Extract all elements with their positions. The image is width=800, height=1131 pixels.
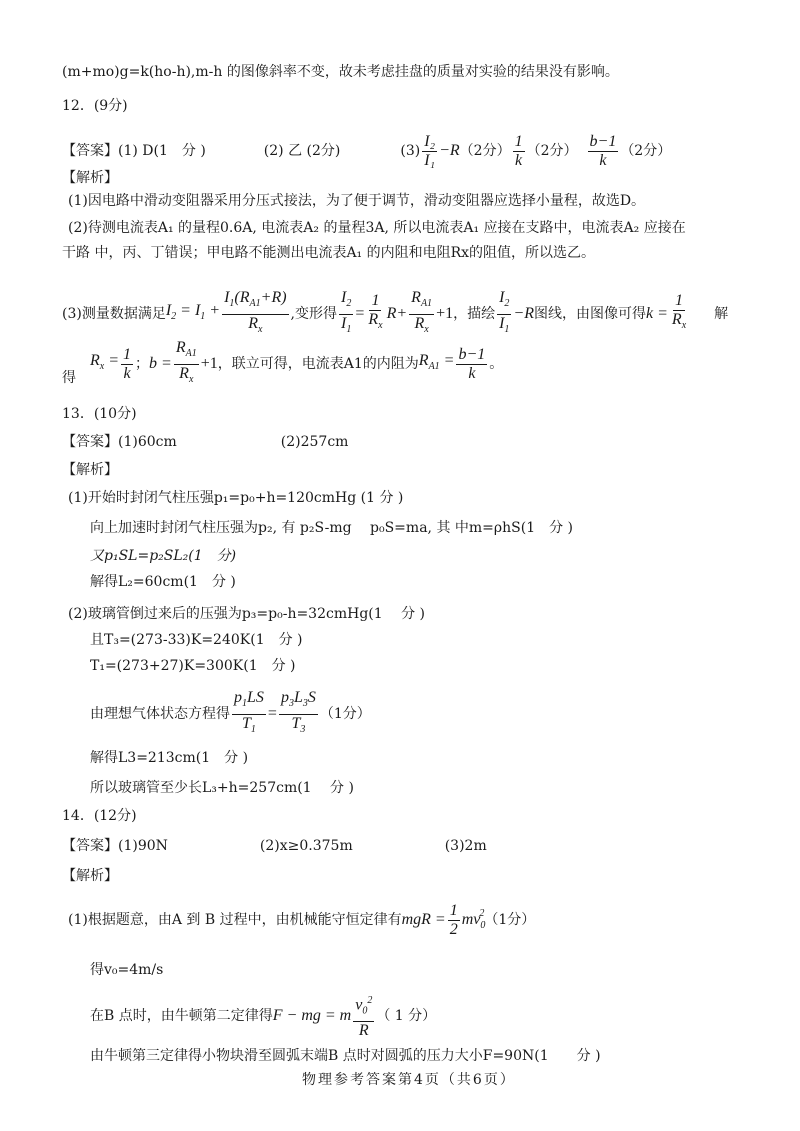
q12-analysis-label: 【解析】 [62,168,118,188]
q12-analysis-2a: (2)待测电流表A₁ 的量程0.6A, 电流表A₂ 的量程3A, 所以电流表A₁… [68,218,686,238]
q14-v0-line: 得v₀=4m/s [90,960,163,980]
q12-answer-3a-fraction: I₂ I₁ [422,133,437,170]
q14-newton2: 在B 点时，由牛顿第二定律得 F − mg = m v02R （ 1 分） [90,990,436,1042]
q13-line-3: 解得L₂=60cm(1 分 ) [90,572,236,592]
q14-heading: 14．(12分) [62,806,137,826]
q13-line-6: T₁=(273+27)K=300K(1 分 ) [90,656,296,676]
q12-answer-2: (2) 乙 (2分) [264,141,341,161]
q14-newton3: 由牛顿第三定律得小物块滑至圆弧末端B 点时对圆弧的压力大小F=90N(1 分 ) [90,1046,601,1066]
q12-answer-row: 【答案】 (1) D(1 分 ) (2) 乙 (2分) (3) I₂ I₁ −R… [62,128,671,174]
q12-analysis-1: (1)因电路中滑动变阻器采用分压式接法，为了便于调节，滑动变阻器应选择小量程，故… [68,191,645,211]
q12-answer-label: 【答案】 [62,141,118,161]
q12-analysis-3b: 得 Rx = 1k ； b = RA1Rx +1 ，联立可得，电流表A1的内阻为… [62,340,503,388]
intro-line: (m+mo)g=k(ho-h),m-h 的图像斜率不变，故未考虑挂盘的质量对实验… [62,62,619,82]
q13-line-1: 向上加速时封闭气柱压强为p₂, 有 p₂S-mg p₀S=ma, 其 中m=ρh… [90,518,573,538]
q12-analysis-2b: 干路 中，丙、丁错误；甲电路不能测出电流表A₁ 的内阻和电阻Rx的阻值，所以选乙… [62,243,595,263]
q13-state-equation: 由理想气体状态方程得 p1LST1 = p3L3ST3 （1分） [90,690,371,738]
q14-analysis-1: (1)根据题意，由A 到 B 过程中，由机械能守恒定律有 mgR = 12 mv… [68,896,535,944]
q13-after-1: 所以玻璃管至少长L₃+h=257cm(1 分 ) [90,778,354,798]
formula-fraction: I1(RA1+R)Rx [222,289,288,338]
q14-analysis-label: 【解析】 [62,866,118,886]
q12-answer-3b-fraction: 1 k [513,133,525,170]
q13-line-2: 又p₁SL=p₂SL₂(1 分) [90,546,236,566]
q13-line-5: 且T₃=(273-33)K=240K(1 分 ) [90,630,303,650]
q13-line-4: (2)玻璃管倒过来后的压强为p₃=p₀-h=32cmHg(1 分 ) [68,604,425,624]
q13-line-0: (1)开始时封闭气柱压强p₁=p₀+h=120cmHg (1 分 ) [68,488,403,508]
q12-answer-3c-fraction: b−1 k [588,133,619,170]
q13-after-0: 解得L3=213cm(1 分 ) [90,748,248,768]
q13-heading: 13．(10分) [62,404,137,424]
page-footer: 物理参考答案第4页（共6页） [302,1070,516,1090]
q14-answer-row: 【答案】(1)90N(2)x≥0.375m(3)2m [62,836,487,856]
q13-analysis-label: 【解析】 [62,460,118,480]
q12-answer-1: (1) D(1 分 ) [118,141,206,161]
q12-heading: 12．(9分) [62,96,128,116]
q12-analysis-3: (3)测量数据满足 I2 = I1 + I1(RA1+R)Rx ,变形得 I2I… [62,290,728,338]
q13-answer-row: 【答案】(1)60cm(2)257cm [62,432,348,452]
q12-answer-3-prefix: (3) [400,141,420,161]
